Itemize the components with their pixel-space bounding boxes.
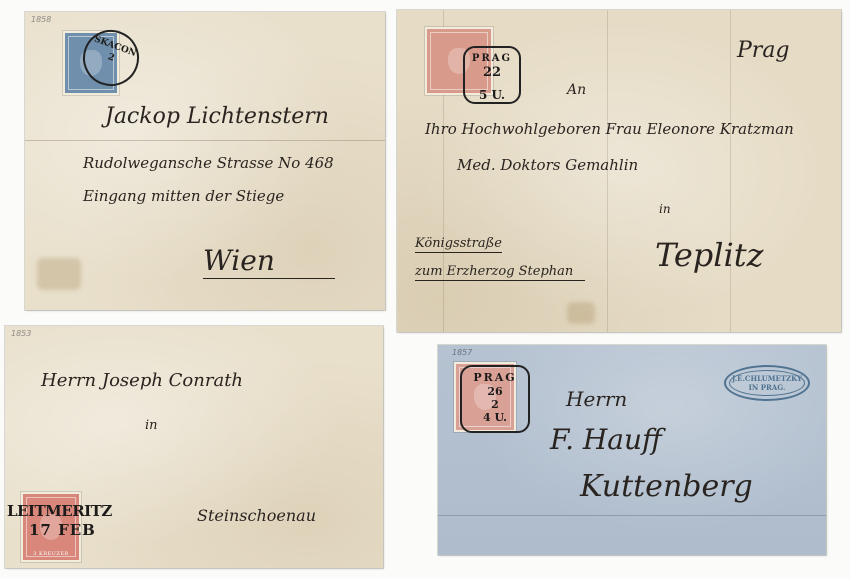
- address-city: Wien: [203, 244, 335, 279]
- address-hotel: zum Erzherzog Stephan: [415, 264, 585, 281]
- pencil-note: 1858: [31, 15, 51, 24]
- address-name: Jackop Lichtenstern: [105, 104, 329, 129]
- address-street: Rudolwegansche Strasse No 468: [83, 154, 334, 172]
- origin-city: Prag: [737, 38, 790, 63]
- address-city: Teplitz: [655, 236, 763, 274]
- fold-line: [25, 140, 385, 141]
- cover-top-left: 1858 SKACON 2 Jackop Lichtenstern Rudolw…: [25, 12, 385, 310]
- address-city: Kuttenberg: [580, 469, 753, 504]
- address-salutation: Herrn: [566, 387, 627, 411]
- address-street: Königsstraße: [415, 236, 502, 253]
- pencil-note: 1857: [452, 348, 472, 357]
- address-title: Med. Doktors Gemahlin: [457, 156, 638, 174]
- cover-top-right: PRAG 22 5 U. Prag An Ihro Hochwohlgebore…: [397, 10, 841, 332]
- address-entrance: Eingang mitten der Stiege: [83, 187, 284, 205]
- address-name: Herrn Joseph Conrath: [41, 370, 243, 391]
- postmark-straight-line: LEITMERITZ 17 FEB: [7, 504, 112, 538]
- pencil-note: 1853: [11, 329, 31, 338]
- address-name: Ihro Hochwohlgeboren Frau Eleonore Kratz…: [425, 120, 794, 138]
- address-name: F. Hauff: [550, 423, 662, 456]
- sender-oval-stamp: J.E.CHLUMETZKY IN PRAG.: [724, 365, 810, 401]
- cover-bottom-right: 1857 PRAG 26 2 4 U. J.E.CHLUMETZKY IN PR…: [438, 345, 826, 555]
- address-city: Steinschoenau: [197, 506, 316, 525]
- postmark-boxed: PRAG 26 2 4 U.: [460, 365, 530, 433]
- address-in: in: [145, 418, 158, 433]
- postmark-boxed: PRAG 22 5 U.: [463, 46, 521, 104]
- cover-bottom-left: 1853 3 KREUZER LEITMERITZ 17 FEB Herrn J…: [5, 326, 383, 568]
- address-in: in: [659, 202, 671, 216]
- address-to: An: [567, 82, 586, 98]
